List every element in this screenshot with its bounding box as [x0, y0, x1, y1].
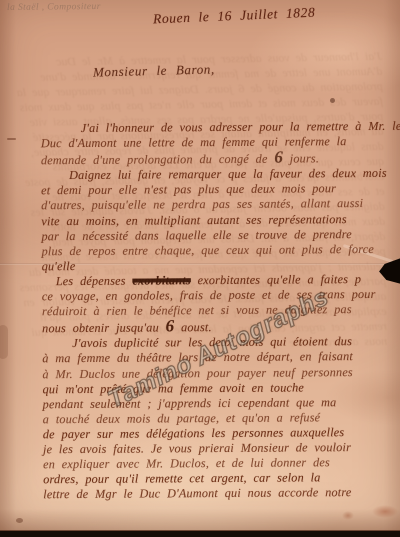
letter-line: a touché deux mois du partage, et qu'on … — [43, 410, 397, 428]
stain — [330, 98, 335, 103]
letter-paragraph: J'ai l'honneur de vous adresser pour la … — [41, 119, 395, 169]
salutation: Monsieur le Baron, — [93, 61, 215, 80]
emphasized-number: 6 — [274, 148, 283, 167]
letter-line: plus de repos entre chaque, que ceux qui… — [42, 242, 396, 260]
letter-line: demande d'une prolongation du congé de 6… — [41, 149, 395, 169]
stain — [16, 518, 23, 523]
letter-line: en expliquer avec Mr. Duclos, et de lui … — [43, 455, 397, 473]
letter-paragraph: Daignez lui faire remarquer que la faveu… — [41, 166, 396, 274]
letter-line: lettre de Mgr le Duc D'Aumont qui nous a… — [43, 485, 397, 503]
letter-line: réduiroit à rien le bénéfice net si vous… — [42, 302, 396, 320]
emphasized-number: 6 — [166, 317, 175, 336]
strikethrough-word: exorbitants — [132, 273, 191, 287]
letter-line: à Mr. Duclos une délégation pour payer n… — [42, 364, 396, 382]
stain — [0, 325, 8, 359]
stain — [342, 511, 354, 520]
stain — [372, 505, 398, 518]
ink-mark — [7, 138, 16, 140]
letter-photograph: J'ai l'honneur de vous adresser pour la … — [0, 0, 400, 537]
letter-paragraph: Les dépenses exorbitants exorbitantes qu… — [42, 272, 396, 337]
letter-body: J'ai l'honneur de vous adresser pour la … — [41, 119, 398, 503]
letter-line: d'autres, puisqu'elle ne perdra pas ses … — [41, 196, 395, 214]
